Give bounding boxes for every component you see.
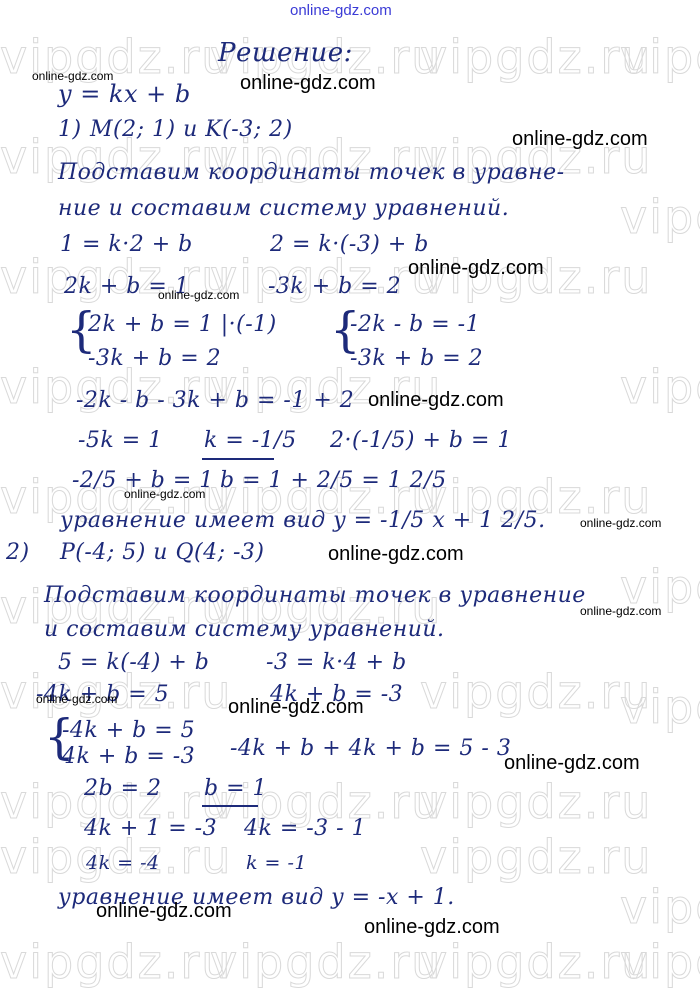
equation: -3 = k·4 + b — [266, 650, 407, 675]
part1-instruction: ние и составим систему уравнений. — [58, 196, 509, 221]
watermark-text: vipgdz.ru — [620, 30, 700, 84]
part2-instruction: Подставим координаты точек в уравнение — [44, 583, 586, 608]
overlay-watermark: online-gdz.com — [328, 543, 464, 566]
part2-points: P(-4; 5) и Q(4; -3) — [60, 540, 265, 565]
equation: -3k + b = 2 — [268, 274, 401, 299]
part2-instruction: и составим систему уравнений. — [44, 617, 445, 642]
watermark-text: vipgdz.ru — [620, 190, 700, 244]
watermark-text: vipgdz.ru — [420, 830, 652, 884]
k-value: k = -1 — [246, 852, 307, 874]
equation: 5 = k(-4) + b — [58, 650, 209, 675]
watermark-text: vipgdz.ru — [620, 360, 700, 414]
equation: 2 = k·(-3) + b — [270, 232, 429, 257]
overlay-watermark: online-gdz.com — [36, 692, 117, 706]
watermark-text: vipgdz.ru — [210, 935, 442, 988]
site-link[interactable]: online-gdz.com — [290, 2, 392, 19]
overlay-watermark: online-gdz.com — [580, 516, 661, 530]
result-underline — [202, 458, 274, 460]
part1-points: M(2; 1) и K(-3; 2) — [90, 117, 293, 142]
equation: -2k - b - 3k + b = -1 + 2 — [76, 388, 354, 413]
equation: -4k + b + 4k + b = 5 - 3 — [230, 736, 511, 761]
overlay-watermark: online-gdz.com — [124, 487, 205, 501]
overlay-watermark: online-gdz.com — [32, 69, 113, 83]
equation: 4k + b = -3 — [62, 744, 195, 769]
equation: 4k + 1 = -3 — [84, 816, 217, 841]
equation: -3k + b = 2 — [88, 346, 221, 371]
part1-label: 1) — [58, 117, 82, 142]
solution-title: Решение: — [218, 38, 353, 68]
k-value: k = -1/5 — [204, 428, 297, 453]
watermark-text: vipgdz.ru — [620, 935, 700, 988]
equation: 1 = k·2 + b — [60, 232, 193, 257]
equation: 4k = -3 - 1 — [244, 816, 366, 841]
overlay-watermark: online-gdz.com — [158, 288, 239, 302]
equation: 2k + b = 1 |·(-1) — [88, 312, 277, 337]
equation: -2k - b = -1 — [350, 312, 480, 337]
watermark-text: vipgdz.ru — [420, 935, 652, 988]
equation: 4k = -4 — [86, 852, 160, 874]
part1-instruction: Подставим координаты точек в уравне- — [58, 160, 565, 185]
overlay-watermark: online-gdz.com — [504, 752, 640, 775]
overlay-watermark: online-gdz.com — [408, 257, 544, 280]
part2-label: 2) — [6, 540, 30, 565]
equation: -4k + b = 5 — [62, 718, 195, 743]
result-underline — [202, 805, 258, 807]
watermark-text: vipgdz.ru — [420, 30, 652, 84]
overlay-watermark: online-gdz.com — [580, 604, 661, 618]
b-value: b = 1 + 2/5 = 1 2/5 — [220, 468, 447, 493]
overlay-watermark: online-gdz.com — [96, 900, 232, 923]
watermark-text: vipgdz.ru — [420, 665, 652, 719]
part1-answer: уравнение имеет вид y = -1/5 x + 1 2/5. — [60, 508, 546, 533]
overlay-watermark: online-gdz.com — [364, 916, 500, 939]
overlay-watermark: online-gdz.com — [240, 72, 376, 95]
watermark-text: vipgdz.ru — [620, 880, 700, 934]
watermark-text: vipgdz.ru — [620, 680, 700, 734]
overlay-watermark: online-gdz.com — [512, 128, 648, 151]
overlay-watermark: online-gdz.com — [368, 389, 504, 412]
equation: -3k + b = 2 — [350, 346, 483, 371]
watermark-text: vipgdz.ru — [0, 935, 232, 988]
overlay-watermark: online-gdz.com — [228, 696, 364, 719]
equation: -5k = 1 — [78, 428, 163, 453]
b-value: b = 1 — [204, 776, 267, 801]
general-form: y = kx + b — [58, 80, 191, 108]
equation: 2b = 2 — [84, 776, 162, 801]
equation: 2·(-1/5) + b = 1 — [330, 428, 512, 453]
watermark-text: vipgdz.ru — [420, 775, 652, 829]
